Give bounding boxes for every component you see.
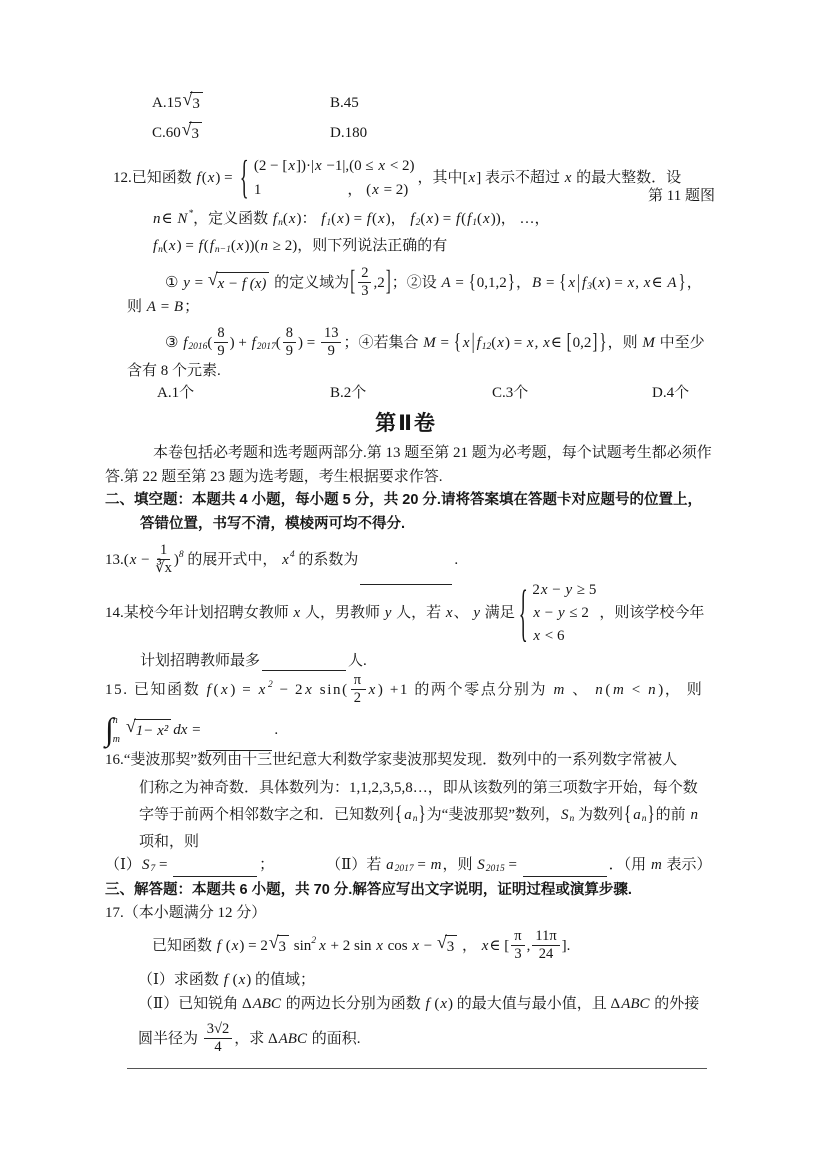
math-variable: n xyxy=(152,209,162,229)
text-run: ∈ xyxy=(651,273,666,293)
math-variable: a xyxy=(632,805,642,825)
text-run: , xyxy=(535,333,543,353)
math-variable: x xyxy=(377,209,386,229)
cases-block: {(2 − [x])·|x −1|,(0 ≤ x < 2)1， (x = 2) xyxy=(239,156,414,200)
q12-statements-3-4: ③ f2016(89) + f2017(89) = 139；④若集合 M = {… xyxy=(165,318,705,368)
q17-line4: （Ⅱ）已知锐角 ΔABC 的两边长分别为函数 f (x) 的最大值与最小值，且 … xyxy=(138,992,699,1016)
text-run: 已知函数 xyxy=(152,936,216,956)
q11-option-d: D.180 xyxy=(330,120,367,146)
text-run: ) = xyxy=(215,168,236,188)
radicand: x − f (x) xyxy=(216,272,270,294)
text-run: − xyxy=(541,603,557,623)
radical: √3 xyxy=(269,935,289,957)
math-variable: S xyxy=(560,805,570,825)
text-run: = xyxy=(505,855,521,875)
text-run: 0,1,2 xyxy=(477,273,507,293)
math-variable: x xyxy=(287,156,296,176)
superscript: 2 xyxy=(268,679,274,692)
subscript: 2015 xyxy=(486,863,505,876)
math-variable: x xyxy=(231,936,240,956)
math-variable: A xyxy=(440,273,451,293)
math-fraction: 89 xyxy=(283,326,296,360)
text-run: ) = 2 xyxy=(239,936,267,956)
text-run: 满足 xyxy=(481,603,515,623)
cases-row: 2x − y ≥ 5 xyxy=(532,580,596,600)
text-run: 人，若 xyxy=(392,603,445,623)
math-variable: x xyxy=(304,680,314,700)
numerator: 2 xyxy=(358,266,371,283)
part2-title: 第Ⅱ卷 xyxy=(105,410,707,438)
stretched-delimiter: ] xyxy=(386,263,391,301)
text-run: = xyxy=(155,855,171,875)
text-run: , xyxy=(635,273,643,293)
math-variable: y xyxy=(472,603,481,623)
text-run: < 2) xyxy=(386,156,414,176)
math-variable: x xyxy=(627,273,636,293)
text-run: − 2 xyxy=(274,680,304,700)
q17-line3: （Ⅰ）求函数 f (x) 的值域； xyxy=(138,968,315,992)
math-fraction: π3 xyxy=(511,929,524,963)
math-variable: S xyxy=(141,855,151,875)
superscript: 8 xyxy=(179,549,184,562)
text-run: + 2 sin xyxy=(327,936,375,956)
cases-row: x < 6 xyxy=(532,626,596,646)
math-fraction: 89 xyxy=(214,326,227,360)
cases-row: 1， (x = 2) xyxy=(254,180,415,200)
text-run: ))( xyxy=(245,236,260,256)
text-run: 的定义域为 xyxy=(270,273,349,293)
text-run: ( xyxy=(222,936,231,956)
text-run: 的两边长分别为函数 xyxy=(282,994,425,1014)
denominator: 2 xyxy=(354,690,363,707)
math-fraction: π2 xyxy=(351,673,366,707)
math-variable: x xyxy=(293,603,302,623)
text-run: ≤ 2 xyxy=(566,603,589,623)
text-run: ；②设 xyxy=(392,273,441,293)
cases-brace: { xyxy=(519,581,528,645)
math-variable: y xyxy=(564,580,573,600)
radical-sign: √ xyxy=(437,934,447,952)
q17-line5: 圆半径为 3√24，求 ΔABC 的面积. xyxy=(138,1014,361,1064)
q15-line1: 15. 已知函数 f(x) = x2 − 2x sin(π2x) +1 的两个零… xyxy=(105,668,703,712)
radical: √3 xyxy=(437,935,457,957)
text-run: sin( xyxy=(314,680,348,700)
math-variable: n xyxy=(594,680,605,700)
text-run: = xyxy=(437,333,453,353)
stretched-delimiter: } xyxy=(508,269,515,296)
numerator: 13 xyxy=(321,326,342,343)
math-variable: x xyxy=(281,550,290,570)
denominator: 9 xyxy=(286,343,293,360)
math-variable: n xyxy=(689,805,699,825)
cases-rows: (2 − [x])·|x −1|,(0 ≤ x < 2)1， (x = 2) xyxy=(254,156,415,200)
math-variable: x xyxy=(439,994,448,1014)
radical: √x − f (x) xyxy=(208,272,270,294)
text-run: sin xyxy=(290,936,311,956)
text-run: cos xyxy=(384,936,412,956)
exam-page: A.15√3 B.45 C.60√3 D.180 12.已知函数 f(x) = … xyxy=(0,0,826,1169)
math-variable: y xyxy=(182,273,191,293)
text-run: ，其中[ xyxy=(418,168,468,188)
text-run: 的面积. xyxy=(308,1029,361,1049)
text-run: ) = xyxy=(505,333,526,353)
text-run: ]. xyxy=(562,936,571,956)
math-variable: A xyxy=(666,273,677,293)
subscript: n xyxy=(158,244,163,257)
math-variable: x xyxy=(532,603,541,623)
text-run: 1 xyxy=(254,180,262,200)
numerator: 8 xyxy=(214,326,227,343)
text-run: 、 xyxy=(454,603,473,623)
part2-intro-line2: 答.第 22 题至第 23 题为选考题，考生根据要求作答. xyxy=(105,466,443,488)
math-variable: a xyxy=(385,855,395,875)
q11-option-a: A.15√3 xyxy=(152,90,204,116)
math-variable: m xyxy=(552,680,566,700)
text-run: ) = xyxy=(434,209,455,229)
text-run: ) = xyxy=(298,333,319,353)
q15-line2: ∫nm√1− x²dx = . xyxy=(105,708,278,752)
math-variable: x xyxy=(526,333,535,353)
stretched-delimiter: { xyxy=(624,800,631,828)
text-run: , xyxy=(527,936,531,956)
text-run: < xyxy=(626,680,647,700)
math-variable: ABC xyxy=(620,994,650,1014)
math-variable: y xyxy=(557,603,566,623)
math-variable: x xyxy=(482,209,491,229)
text-run: ，定义函数 xyxy=(193,209,272,229)
part2-intro-line1: 本卷包括必考题和选考题两部分.第 13 题至第 21 题为必考题，每个试题考生都… xyxy=(153,442,712,464)
text-run: ) +1 的两个零点分别为 xyxy=(378,680,553,700)
text-run: (2 − [ xyxy=(254,156,287,176)
text-run: ， xyxy=(687,273,702,293)
text-run: ， ( xyxy=(347,180,371,200)
q16-line5: （Ⅰ）S7 = ；（Ⅱ）若 a2017 = m，则 S2015 = ．（用 m … xyxy=(105,852,712,878)
math-variable: x xyxy=(597,273,606,293)
superscript: 2 xyxy=(311,935,316,948)
cases-block: {2x − y ≥ 5x − y ≤ 2x < 6 xyxy=(518,580,597,647)
text-run: ) + xyxy=(230,333,251,353)
math-variable: x xyxy=(238,970,247,990)
math-variable: n xyxy=(647,680,658,700)
text-run: ，则 xyxy=(608,333,642,353)
stretched-delimiter: ] xyxy=(592,328,597,357)
text-run: ∈ [ xyxy=(489,936,509,956)
stretched-delimiter: | xyxy=(577,269,580,296)
radical-sign: √ xyxy=(183,91,193,109)
q17-line2: 已知函数 f (x) = 2√3 sin2x + 2 sin x cos x −… xyxy=(152,922,570,970)
text-run: A.15 xyxy=(152,93,182,113)
stretched-delimiter: [ xyxy=(567,328,572,357)
math-variable: m xyxy=(650,855,663,875)
subscript: 2017 xyxy=(395,863,414,876)
text-run: 的外接 xyxy=(651,994,700,1014)
answer-blank xyxy=(523,861,607,877)
numerator: 3√2 xyxy=(204,1022,232,1039)
numerator: 8 xyxy=(283,326,296,343)
q12-line3: fn(x) = f(fn−1(x))(n ≥ 2)，则下列说法正确的有 xyxy=(152,232,447,260)
math-fraction: 139 xyxy=(321,326,342,360)
stretched-delimiter: { xyxy=(559,269,566,296)
text-run: ( xyxy=(605,680,612,700)
subscript: 1 xyxy=(472,217,477,230)
math-variable: A xyxy=(146,297,157,317)
math-variable: x xyxy=(481,936,490,956)
radical-sign: √ xyxy=(208,271,218,289)
math-variable: f xyxy=(206,680,214,700)
subscript: 3 xyxy=(587,281,592,294)
subscript: 2016 xyxy=(188,341,207,354)
math-variable: x xyxy=(318,936,327,956)
text-run: C.60 xyxy=(152,123,181,143)
radical: √3 xyxy=(183,92,203,114)
math-variable: x xyxy=(207,168,216,188)
subscript: n xyxy=(278,217,283,230)
math-variable: x xyxy=(567,273,576,293)
radical-sign: √ xyxy=(182,121,192,139)
text-run: 、 xyxy=(567,680,594,700)
math-variable: y xyxy=(384,603,393,623)
fill-in-section-header-line1: 二、填空题：本题共 4 小题，每小题 5 分，共 20 分.请将答案填在答题卡对… xyxy=(105,490,702,512)
text-run: ,2 xyxy=(373,273,384,293)
subscript: 2 xyxy=(416,217,421,230)
denominator: 24 xyxy=(539,946,554,963)
math-variable: M xyxy=(641,333,656,353)
text-run: = xyxy=(157,297,173,317)
q12-option-d: D.4个 xyxy=(652,382,689,404)
q14-line1: 14.某校今年计划招聘女教师 x 人，男教师 y 人，若 x、 y 满足{2x … xyxy=(105,572,704,654)
subscript: n xyxy=(570,813,575,826)
text-run: . xyxy=(274,720,278,740)
math-variable: x xyxy=(368,680,378,700)
q12-statement-2-end: 则 A = B； xyxy=(127,296,199,318)
math-variable: x xyxy=(411,936,420,956)
text-run: ) = xyxy=(177,236,198,256)
text-run: − xyxy=(420,936,436,956)
cases-row: x − y ≤ 2 xyxy=(532,603,596,623)
math-variable: a xyxy=(403,805,413,825)
subscript: n xyxy=(642,813,647,826)
text-run: < 6 xyxy=(541,626,564,646)
text-run: )： xyxy=(296,209,320,229)
math-variable: n xyxy=(260,236,270,256)
numerator: π xyxy=(351,673,366,690)
solve-section-header: 三、解答题：本题共 6 小题，共 70 分.解答应写出文字说明，证明过程或演算步… xyxy=(105,880,632,902)
math-variable: x xyxy=(445,603,454,623)
math-fraction: 11π24 xyxy=(532,929,559,963)
text-run: 2 xyxy=(532,580,540,600)
text-run: ；④若集合 xyxy=(343,333,422,353)
text-run: ( xyxy=(276,333,281,353)
math-variable: M xyxy=(422,333,437,353)
text-run: 12.已知函数 xyxy=(113,168,196,188)
text-run: 则 xyxy=(127,297,146,317)
q12-line2: n∈ N*，定义函数 fn(x)： f1(x) = f(x)， f2(x) = … xyxy=(152,206,549,232)
text-run: ∈ xyxy=(551,333,566,353)
text-run: 的系数为 xyxy=(295,550,359,570)
text-run: （Ⅰ） xyxy=(105,855,141,875)
math-variable: x xyxy=(375,936,384,956)
stretched-delimiter: { xyxy=(454,328,461,357)
denominator: 4 xyxy=(214,1039,221,1056)
text-run: 13.( xyxy=(105,550,129,570)
stretched-delimiter: | xyxy=(472,328,475,357)
stretched-delimiter: { xyxy=(469,269,476,296)
radicand: 1− x² xyxy=(134,719,172,741)
text-run: = xyxy=(191,273,207,293)
subscript: 2017 xyxy=(257,341,276,354)
text-run: )， xyxy=(386,209,410,229)
subscript: n xyxy=(413,813,418,826)
q11-figure-caption: 第 11 题图 xyxy=(648,186,715,206)
stretched-delimiter: } xyxy=(418,800,425,828)
text-run: ) 的值域； xyxy=(246,970,315,990)
math-variable: S xyxy=(476,855,486,875)
text-run: 圆半径为 xyxy=(138,1029,202,1049)
q11-option-c: C.60√3 xyxy=(152,120,203,146)
text-run: ) 的最大值与最小值，且 Δ xyxy=(448,994,620,1014)
q12-option-b: B.2个 xyxy=(330,382,366,404)
text-run: 0,2 xyxy=(573,333,592,353)
math-variable: B xyxy=(531,273,542,293)
text-run: （Ⅱ）已知锐角 Δ xyxy=(138,994,252,1014)
math-variable: x xyxy=(564,168,573,188)
q12-statements-1-2: ① y = √x − f (x) 的定义域为[23,2]；②设 A = {0,1… xyxy=(165,258,702,308)
text-run: ( xyxy=(229,970,238,990)
cases-row: (2 − [x])·|x −1|,(0 ≤ x < 2) xyxy=(254,156,415,176)
text-run: ∈ xyxy=(162,209,177,229)
math-variable: ABC xyxy=(252,994,282,1014)
q12-option-a: A.1个 xyxy=(157,382,194,404)
math-variable: x xyxy=(468,168,477,188)
text-run: ，求 Δ xyxy=(234,1029,277,1049)
math-variable: x xyxy=(496,333,505,353)
text-run: ])·| xyxy=(296,156,314,176)
text-run: ，则 xyxy=(442,855,476,875)
stretched-delimiter: } xyxy=(599,328,606,357)
stretched-delimiter: { xyxy=(395,800,402,828)
math-variable: m xyxy=(612,680,626,700)
text-run: ( xyxy=(213,680,220,700)
math-variable: x xyxy=(377,156,386,176)
text-run: ) = xyxy=(230,680,257,700)
math-fraction: 3√24 xyxy=(204,1022,232,1056)
math-variable: B xyxy=(173,297,184,317)
q16-line3: 字等于前两个相邻数字之和．已知数列{an}为“斐波那契”数列，Sn 为数列{an… xyxy=(139,801,699,829)
text-run: ； xyxy=(259,855,274,875)
text-run: ( xyxy=(207,333,212,353)
q12-line1: 12.已知函数 f(x) = {(2 − [x])·|x −1|,(0 ≤ x … xyxy=(113,150,681,206)
text-run: 的展开式中， xyxy=(184,550,282,570)
math-variable: x xyxy=(258,680,268,700)
text-run: . xyxy=(454,550,458,570)
numerator: 1 xyxy=(157,543,170,560)
math-variable: x xyxy=(371,180,380,200)
subscript: 12 xyxy=(482,341,492,354)
cases-rows: 2x − y ≥ 5x − y ≤ 2x < 6 xyxy=(532,580,596,647)
text-run: ))， …， xyxy=(491,209,550,229)
q11-option-b: B.45 xyxy=(330,90,359,116)
math-variable: x xyxy=(288,209,297,229)
math-variable: x xyxy=(542,333,551,353)
text-run: 为“斐波那契”数列， xyxy=(427,805,560,825)
text-run: 15. 已知函数 xyxy=(105,680,206,700)
math-variable: x xyxy=(220,680,230,700)
subscript: 1 xyxy=(326,217,331,230)
q16-line4: 项和，则 xyxy=(139,830,199,854)
text-run: 字等于前两个相邻数字之和．已知数列 xyxy=(139,805,394,825)
radical: √1− x² xyxy=(126,719,171,741)
lower-limit: m xyxy=(113,733,120,747)
integral: ∫nm xyxy=(105,714,123,746)
text-run: = xyxy=(188,720,204,740)
radical: √3 xyxy=(182,122,202,144)
stretched-delimiter: [ xyxy=(350,263,355,301)
math-variable: x xyxy=(540,580,549,600)
stretched-delimiter: } xyxy=(647,800,654,828)
text-run: （Ⅰ）求函数 xyxy=(138,970,223,990)
answer-blank xyxy=(173,861,257,877)
q16-line2: 们称之为神奇数．具体数列为：1,1,2,3,5,8…，即从该数列的第三项数字开始… xyxy=(139,776,698,800)
text-run: ( xyxy=(431,994,440,1014)
q17-line1: 17.（本小题满分 12 分） xyxy=(105,902,266,924)
text-run: ， xyxy=(516,273,531,293)
math-fraction: 23 xyxy=(358,266,371,300)
math-variable: x xyxy=(168,236,177,256)
upper-limit: n xyxy=(113,714,120,728)
math-variable: N xyxy=(176,209,188,229)
text-run: ) = xyxy=(606,273,627,293)
q12-option-c: C.3个 xyxy=(492,382,528,404)
text-run: ，则该学校今年 xyxy=(599,603,704,623)
text-run: 中至少 xyxy=(656,333,705,353)
cases-brace: { xyxy=(240,155,249,201)
text-run: ≥ 2)，则下列说法正确的有 xyxy=(269,236,447,256)
text-run: （Ⅱ）若 xyxy=(326,855,385,875)
text-run: ≥ 5 xyxy=(573,580,596,600)
math-variable: dx xyxy=(172,720,188,740)
numerator: 11π xyxy=(532,929,559,946)
text-run: ， xyxy=(458,936,481,956)
text-run: −1|,(0 ≤ xyxy=(323,156,378,176)
text-run: ) = xyxy=(345,209,366,229)
text-run: 为数列 xyxy=(574,805,623,825)
text-run: = xyxy=(452,273,468,293)
text-run: 的前 xyxy=(656,805,690,825)
text-run: ； xyxy=(184,297,199,317)
math-variable: ABC xyxy=(278,1029,308,1049)
footer-divider xyxy=(127,1068,707,1069)
superscript: 4 xyxy=(290,549,295,562)
math-variable: x xyxy=(643,273,652,293)
math-variable: x xyxy=(336,209,345,229)
math-variable: x xyxy=(314,156,323,176)
text-run: 表示） xyxy=(663,855,712,875)
text-run: 14.某校今年计划招聘女教师 xyxy=(105,603,293,623)
denominator: 9 xyxy=(217,343,224,360)
text-run: ① xyxy=(165,273,182,293)
text-run: ] 表示不超过 xyxy=(476,168,564,188)
text-run: − xyxy=(137,550,153,570)
text-run: )， 则 xyxy=(658,680,703,700)
q12-statement-4-end: 含有 8 个元素. xyxy=(127,360,221,382)
superscript: * xyxy=(188,208,193,221)
text-run: 人，男教师 xyxy=(301,603,384,623)
text-run: ③ xyxy=(165,333,182,353)
math-variable: x xyxy=(129,550,138,570)
subscript: 7 xyxy=(150,863,155,876)
math-variable: x xyxy=(236,236,245,256)
denominator: 9 xyxy=(328,343,335,360)
